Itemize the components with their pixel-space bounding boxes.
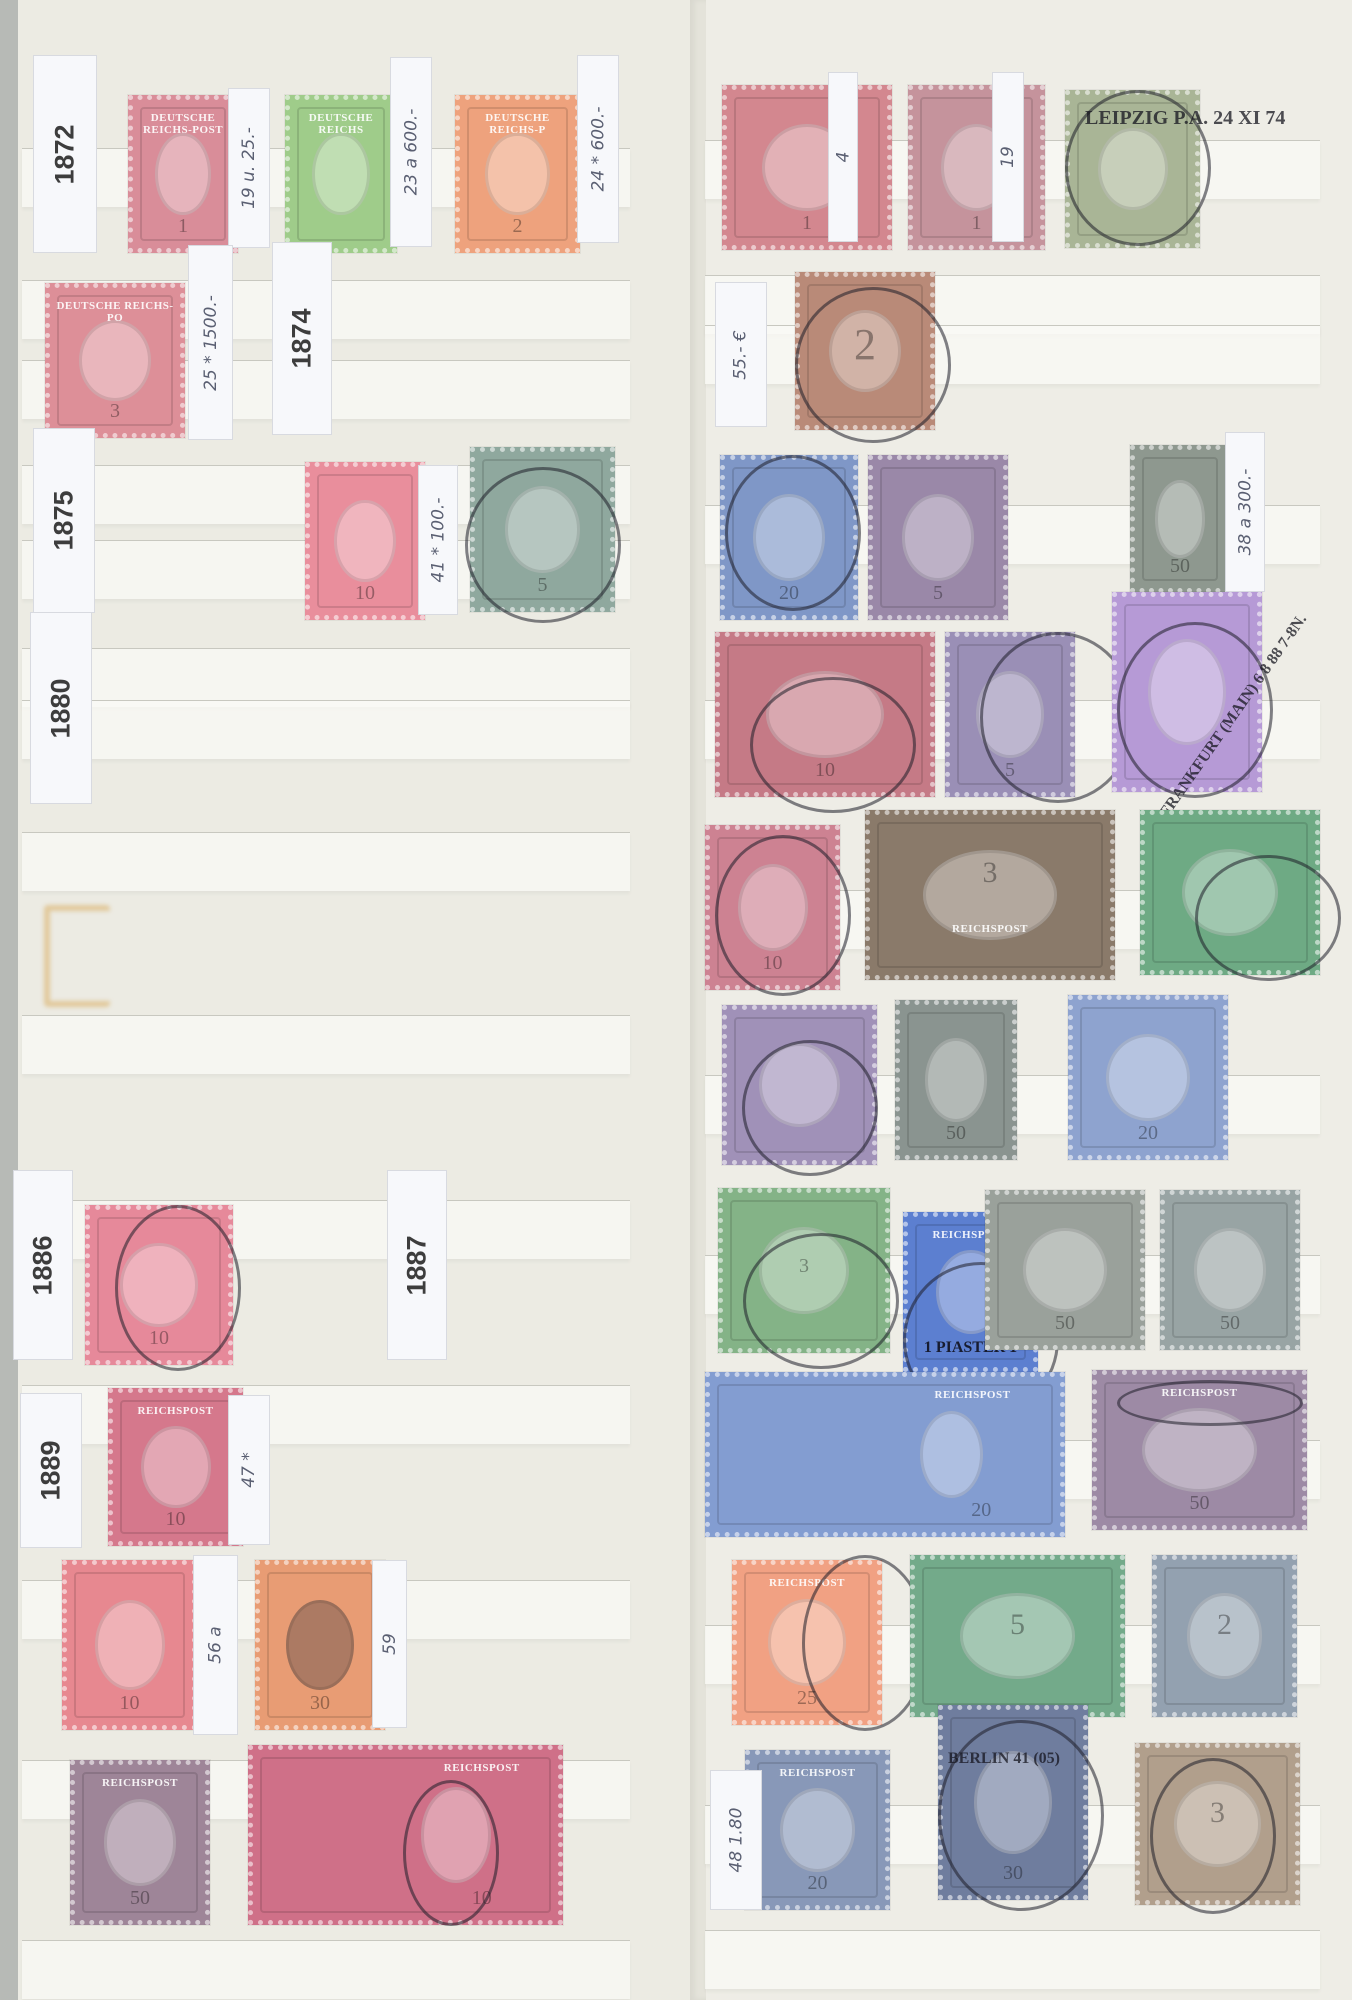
stamp-25-pfennig-orange[interactable]: REICHSPOST25 xyxy=(732,1560,882,1725)
stamp-value: 10 xyxy=(710,952,835,975)
catalog-note: 24 * 600.- xyxy=(577,55,619,243)
note-text: 24 * 600.- xyxy=(588,107,608,192)
stamp-value: 3 xyxy=(723,1255,885,1278)
stamp-1874-2-1-2-groschen[interactable]: 2 xyxy=(795,272,935,430)
stamp-value: 1 xyxy=(727,212,887,235)
stamp-1872-1-groschen[interactable]: DEUTSCHE REICHS-POST1 xyxy=(128,95,238,253)
note-text: 4 xyxy=(833,152,853,163)
stockbook-strip xyxy=(22,1015,630,1074)
stamp-2-mark-grey[interactable]: 2 xyxy=(1152,1555,1297,1717)
stamp-10-pfennig-red[interactable]: 10 xyxy=(705,825,840,990)
stamp-value: 2 xyxy=(800,319,930,370)
stamp-value: 10 xyxy=(720,759,930,782)
stamp-30-pfennig-berlin[interactable]: 30BERLIN 41 (05) xyxy=(938,1705,1088,1900)
stamp-50-pfennig-dark[interactable]: 50 xyxy=(895,1000,1017,1160)
stamp-value: 50 xyxy=(1165,1312,1295,1335)
year-text: 1887 xyxy=(402,1235,433,1295)
year-label-1886: 1886 xyxy=(13,1170,73,1360)
note-text: 56 a xyxy=(205,1626,225,1663)
stamp-green-group[interactable] xyxy=(1140,810,1320,975)
stain-mark xyxy=(44,905,110,1007)
stamp-frankfurt-cancel[interactable]: FRANKFURT (MAIN) 6 8 88 7-8N. xyxy=(1112,592,1262,792)
year-text: 1875 xyxy=(49,490,80,550)
stamp-20-pfennig-blue-group[interactable]: REICHSPOST20 xyxy=(705,1372,1065,1537)
note-text: 25 * 1500.- xyxy=(201,295,221,391)
stamp-value: 10 xyxy=(67,1692,192,1715)
stamp-50-pfennig-pair[interactable]: 50 xyxy=(985,1190,1145,1350)
catalog-note: 19 u. 25.- xyxy=(228,88,270,248)
catalog-note: 47 * xyxy=(228,1395,270,1545)
catalog-note: 41 * 100.- xyxy=(418,465,458,615)
stamp-20-pfennig-blue[interactable]: 20 xyxy=(720,455,858,620)
stamp-1875-10-pfennig[interactable]: 10 xyxy=(305,462,425,620)
year-label-1874: 1874 xyxy=(272,242,332,435)
stamp-header: REICHSPOST xyxy=(75,1777,205,1789)
note-text: 48 1.80 xyxy=(726,1808,746,1873)
year-text: 1872 xyxy=(49,124,80,184)
stamp-50-pfennig-grey-2[interactable]: 50 xyxy=(1160,1190,1300,1350)
year-text: 1880 xyxy=(46,678,77,738)
stamp-1872-1-groschen-used[interactable]: 1 xyxy=(722,85,892,250)
stamp-value: 2 xyxy=(460,215,575,238)
stamp-value: 30 xyxy=(943,1862,1083,1885)
stamp-20-pfennig-reichspost-96[interactable]: REICHSPOST20 xyxy=(745,1750,890,1910)
year-text: 1889 xyxy=(36,1440,67,1500)
stamp-header: REICHSPOST xyxy=(737,1577,877,1589)
stamp-1875-5-pfennig[interactable]: 5 xyxy=(470,447,615,612)
stamp-header: REICHSPOST xyxy=(750,1767,885,1779)
stamp-header: DEUTSCHE REICHS xyxy=(290,112,392,136)
stamp-10-pfennig-pair[interactable]: 10 xyxy=(715,632,935,797)
stamp-value: 3 xyxy=(1140,1796,1295,1830)
stamp-group-10-pfennig[interactable]: REICHSPOST10 xyxy=(248,1745,563,1925)
stamp-value: 50 xyxy=(75,1887,205,1910)
catalog-note: 56 a xyxy=(193,1555,238,1735)
year-text: 1886 xyxy=(28,1235,59,1295)
year-label-1872: 1872 xyxy=(33,55,97,253)
stamp-1872-green[interactable]: DEUTSCHE REICHS xyxy=(285,95,397,253)
stamp-1872-leipzig-cancel[interactable]: LEIPZIG P.A. 24 XI 74 xyxy=(1065,90,1200,248)
stamp-value: 10 xyxy=(406,1887,559,1910)
catalog-note: 38 a 300.- xyxy=(1225,432,1265,592)
stamp-3-pfennig-brown[interactable]: 3 xyxy=(1135,1743,1300,1905)
catalog-note: 55.- € xyxy=(715,282,767,427)
year-label-1880: 1880 xyxy=(30,612,92,804)
stamp-header: DEUTSCHE REICHS-P xyxy=(460,112,575,136)
stamp-value: 3 xyxy=(50,400,180,423)
stamp-1872-3-kreuzer[interactable]: DEUTSCHE REICHS-PO3 xyxy=(45,283,185,438)
album-spine xyxy=(0,0,18,2000)
stockbook-strip xyxy=(22,700,630,759)
stamp-header: REICHSPOST xyxy=(870,923,1110,935)
year-label-1889: 1889 xyxy=(20,1393,82,1548)
stamp-value: 5 xyxy=(873,582,1003,605)
stamp-50-pfennig-reichspost[interactable]: REICHSPOST50 xyxy=(70,1760,210,1925)
stamp-header: DEUTSCHE REICHS-POST xyxy=(133,112,233,136)
stamp-1889-10-pfennig-reichspost[interactable]: REICHSPOST10 xyxy=(108,1388,243,1546)
stamp-value: 50 xyxy=(1135,555,1225,578)
stamp-value: 2 xyxy=(1157,1608,1292,1642)
stamp-value: 25 xyxy=(737,1687,877,1710)
note-text: 55.- € xyxy=(731,330,751,379)
stamp-50-pfennig-purple-pair[interactable]: REICHSPOST50 xyxy=(1092,1370,1307,1530)
stamp-3-pfennig-brown-group[interactable]: REICHSPOST3 xyxy=(865,810,1115,980)
stockbook-strip xyxy=(22,832,630,891)
stamp-germania-10[interactable]: 10 xyxy=(62,1560,197,1730)
stamp-value: 5 xyxy=(475,574,610,597)
stamp-3-pfennig-green[interactable]: 3 xyxy=(718,1188,890,1353)
stamp-value: 5 xyxy=(915,1608,1120,1642)
stamp-value: 50 xyxy=(900,1122,1012,1145)
stockbook-strip xyxy=(705,1930,1320,1989)
stamp-violet-used[interactable] xyxy=(722,1005,877,1165)
stamp-value: 20 xyxy=(725,582,853,605)
note-text: 41 * 100.- xyxy=(428,498,448,583)
stamp-germania-30[interactable]: 30 xyxy=(255,1560,385,1730)
stamp-50-pfennig-grey[interactable]: 50 xyxy=(1130,445,1230,593)
stamp-header: REICHSPOST xyxy=(113,1405,238,1417)
page-gutter xyxy=(690,0,706,2000)
stamp-value: 50 xyxy=(990,1312,1140,1335)
stamp-value: 10 xyxy=(90,1327,228,1350)
stamp-value: 20 xyxy=(903,1499,1061,1522)
stamp-5-pfennig-used[interactable]: 5 xyxy=(945,632,1075,797)
catalog-note: 25 * 1500.- xyxy=(188,245,233,440)
stamp-value: 3 xyxy=(870,856,1110,890)
note-text: 23 a 600.- xyxy=(401,109,421,196)
stockbook-strip xyxy=(22,648,630,707)
note-text: 47 * xyxy=(239,1452,259,1488)
stamp-1886-10-pfennig[interactable]: 10 xyxy=(85,1205,233,1365)
catalog-note: 59 xyxy=(372,1560,407,1728)
year-text: 1874 xyxy=(287,308,318,368)
stockbook-strip xyxy=(22,1940,630,1999)
stamp-value: 20 xyxy=(1073,1122,1223,1145)
year-label-1875: 1875 xyxy=(33,428,95,613)
stamp-header: DEUTSCHE REICHS-PO xyxy=(50,300,180,324)
note-text: 38 a 300.- xyxy=(1235,469,1255,556)
stamp-5-pfennig-green-group[interactable]: 5 xyxy=(910,1555,1125,1717)
stamp-value: 20 xyxy=(750,1872,885,1895)
stamp-value: 50 xyxy=(1097,1492,1302,1515)
catalog-note: 48 1.80 xyxy=(710,1770,762,1910)
catalog-note: 23 a 600.- xyxy=(390,57,432,247)
stamp-1872-2-groschen[interactable]: DEUTSCHE REICHS-P2 xyxy=(455,95,580,253)
stamp-value: 10 xyxy=(113,1508,238,1531)
stamp-5-pfennig-violet[interactable]: 5 xyxy=(868,455,1008,620)
stamp-value: 5 xyxy=(950,759,1070,782)
note-text: 19 xyxy=(998,146,1018,168)
note-text: 59 xyxy=(379,1633,399,1655)
stamp-value: 10 xyxy=(310,582,420,605)
catalog-note: 19 xyxy=(992,72,1024,242)
year-label-1887: 1887 xyxy=(387,1170,447,1360)
catalog-note: 4 xyxy=(828,72,858,242)
stamp-20-pfennig-light-blue[interactable]: 20 xyxy=(1068,995,1228,1160)
stamp-value: 30 xyxy=(260,1692,380,1715)
stamp-header: REICHSPOST xyxy=(1097,1387,1302,1399)
stamp-value: 1 xyxy=(133,215,233,238)
stamp-1872-used[interactable]: 1 xyxy=(908,85,1045,250)
stamp-header: REICHSPOST xyxy=(885,1389,1060,1401)
stamp-header: REICHSPOST xyxy=(406,1762,559,1774)
note-text: 19 u. 25.- xyxy=(239,127,259,209)
